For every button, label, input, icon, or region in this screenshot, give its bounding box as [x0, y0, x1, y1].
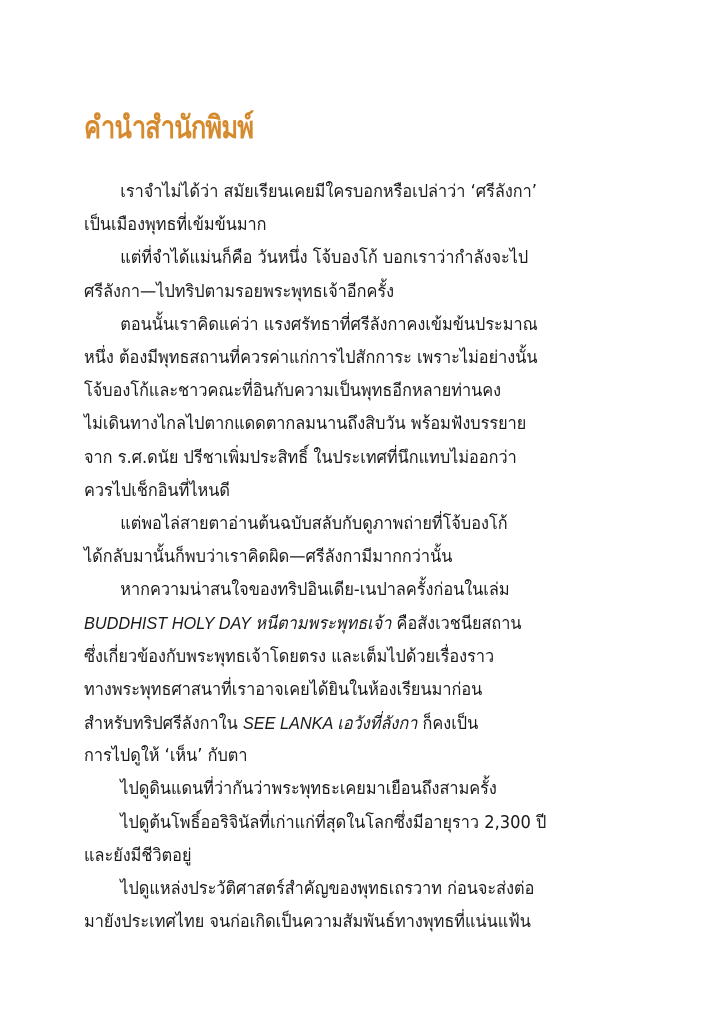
- line-text: และยังมีชีวิตอยู่: [84, 846, 191, 866]
- text-line: จาก ร.ศ.ดนัย ปรีชาเพิ่มประสิทธิ์ ในประเท…: [84, 442, 588, 475]
- line-text: แต่พอไล่สายตาอ่านต้นฉบับสลับกับดูภาพถ่าย…: [120, 514, 507, 534]
- line-text: ไม่เดินทางไกลไปตากแดดตากลมนานถึงสิบวัน พ…: [84, 414, 526, 434]
- line-text: เราจำไม่ได้ว่า สมัยเรียนเคยมีใครบอกหรือเ…: [120, 182, 537, 202]
- text-line: แต่ที่จำได้แม่นก็คือ วันหนึ่ง โจ้บองโก้ …: [84, 242, 588, 275]
- line-text: หนึ่ง ต้องมีพุทธสถานที่ควรค่าแก่การไปสัก…: [84, 348, 537, 368]
- page-title: คำนำสำนักพิมพ์: [84, 102, 253, 152]
- book-title-italic: SEE LANKA เอวังที่ลังกา: [243, 713, 417, 733]
- book-title-italic: BUDDHIST HOLY DAY หนีตามพระพุทธเจ้า: [84, 613, 391, 633]
- line-text: ไปดูดินแดนที่ว่ากันว่าพระพุทธะเคยมาเยือน…: [120, 779, 497, 799]
- line-text: ไปดูแหล่งประวัติศาสตร์สำคัญของพุทธเถรวาท…: [120, 879, 534, 899]
- line-text: มายังประเทศไทย จนก่อเกิดเป็นความสัมพันธ์…: [84, 912, 531, 932]
- line-text: หากความน่าสนใจของทริปอินเดีย-เนปาลครั้งก…: [120, 580, 509, 600]
- preface-body: เราจำไม่ได้ว่า สมัยเรียนเคยมีใครบอกหรือเ…: [84, 176, 626, 939]
- line-text: การไปดูให้ ‘เห็น’ กับตา: [84, 746, 248, 766]
- text-line: ศรีลังกา—ไปทริปตามรอยพระพุทธเจ้าอีกครั้ง: [84, 276, 588, 309]
- text-line: และยังมีชีวิตอยู่: [84, 840, 588, 873]
- line-text: ไปดูต้นโพธิ์ออริจินัลที่เก่าแก่ที่สุดในโ…: [120, 813, 546, 833]
- line-text: จาก ร.ศ.ดนัย ปรีชาเพิ่มประสิทธิ์ ในประเท…: [84, 448, 517, 468]
- text-line: ไปดูต้นโพธิ์ออริจินัลที่เก่าแก่ที่สุดในโ…: [84, 807, 588, 840]
- text-line: ซึ่งเกี่ยวข้องกับพระพุทธเจ้าโดยตรง และเต…: [84, 641, 588, 674]
- text-line: เราจำไม่ได้ว่า สมัยเรียนเคยมีใครบอกหรือเ…: [84, 176, 588, 209]
- text-line: โจ้บองโก้และชาวคณะที่อินกับความเป็นพุทธอ…: [84, 375, 588, 408]
- line-text: ซึ่งเกี่ยวข้องกับพระพุทธเจ้าโดยตรง และเต…: [84, 647, 494, 667]
- text-line: ไปดูดินแดนที่ว่ากันว่าพระพุทธะเคยมาเยือน…: [84, 773, 588, 806]
- text-line: การไปดูให้ ‘เห็น’ กับตา: [84, 740, 588, 773]
- text-line: BUDDHIST HOLY DAY หนีตามพระพุทธเจ้า คือส…: [84, 607, 588, 640]
- text-line: มายังประเทศไทย จนก่อเกิดเป็นความสัมพันธ์…: [84, 906, 588, 939]
- book-page: คำนำสำนักพิมพ์ เราจำไม่ได้ว่า สมัยเรียนเ…: [0, 0, 711, 1024]
- line-text: ควรไปเช็กอินที่ไหนดี: [84, 481, 230, 501]
- text-line: หากความน่าสนใจของทริปอินเดีย-เนปาลครั้งก…: [84, 574, 588, 607]
- line-text: คือสังเวชนียสถาน: [391, 614, 521, 634]
- text-line: ควรไปเช็กอินที่ไหนดี: [84, 475, 588, 508]
- line-text: ได้กลับมานั้นก็พบว่าเราคิดผิด—ศรีลังกามี…: [84, 547, 452, 567]
- text-line: ได้กลับมานั้นก็พบว่าเราคิดผิด—ศรีลังกามี…: [84, 541, 588, 574]
- line-text: สำหรับทริปศรีลังกาใน: [84, 714, 243, 734]
- text-line: ไปดูแหล่งประวัติศาสตร์สำคัญของพุทธเถรวาท…: [84, 873, 588, 906]
- line-text: ตอนนั้นเราคิดแค่ว่า แรงศรัทธาที่ศรีลังกา…: [120, 315, 537, 335]
- text-line: ตอนนั้นเราคิดแค่ว่า แรงศรัทธาที่ศรีลังกา…: [84, 309, 588, 342]
- line-text: แต่ที่จำได้แม่นก็คือ วันหนึ่ง โจ้บองโก้ …: [120, 248, 528, 268]
- line-text: เป็นเมืองพุทธที่เข้มข้นมาก: [84, 215, 267, 235]
- line-text: ก็คงเป็น: [417, 714, 478, 734]
- line-text: ศรีลังกา—ไปทริปตามรอยพระพุทธเจ้าอีกครั้ง: [84, 282, 394, 302]
- line-text: โจ้บองโก้และชาวคณะที่อินกับความเป็นพุทธอ…: [84, 381, 501, 401]
- text-line: ไม่เดินทางไกลไปตากแดดตากลมนานถึงสิบวัน พ…: [84, 408, 588, 441]
- line-text: ทางพระพุทธศาสนาที่เราอาจเคยได้ยินในห้องเ…: [84, 680, 482, 700]
- text-line: แต่พอไล่สายตาอ่านต้นฉบับสลับกับดูภาพถ่าย…: [84, 508, 588, 541]
- text-line: ทางพระพุทธศาสนาที่เราอาจเคยได้ยินในห้องเ…: [84, 674, 588, 707]
- text-line: หนึ่ง ต้องมีพุทธสถานที่ควรค่าแก่การไปสัก…: [84, 342, 588, 375]
- text-line: เป็นเมืองพุทธที่เข้มข้นมาก: [84, 209, 588, 242]
- text-line: สำหรับทริปศรีลังกาใน SEE LANKA เอวังที่ล…: [84, 707, 588, 740]
